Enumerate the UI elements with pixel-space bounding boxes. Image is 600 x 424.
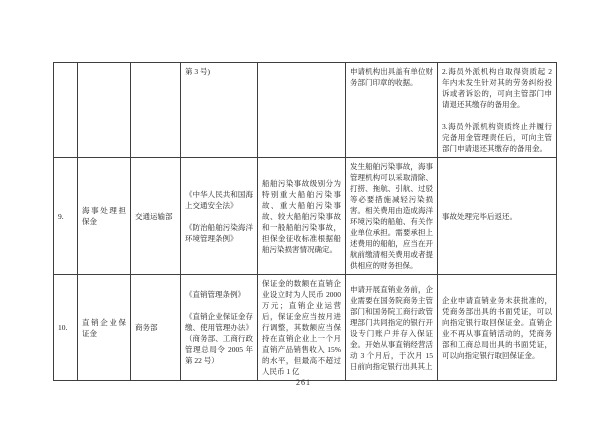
cell-department: 商务部 <box>131 275 181 381</box>
cell-row-number <box>54 63 78 158</box>
cell-refund: 2.海员外派机构自取得资质起 2 年内未发生针对其的劳务纠纷投诉或者诉讼的，可向… <box>438 63 557 158</box>
legal-basis-text: 《直销企业保证金存缴、使用管理办法》（商务部、工商行政管理总局令 2005 年第… <box>185 311 253 366</box>
table-row-10: 10. 直销企业保证金 商务部 《直销管理条例》 《直销企业保证金存缴、使用管理… <box>54 275 557 381</box>
cell-legal-basis: 第 3 号) <box>181 63 258 158</box>
table-row-continuation: 第 3 号) 申请机构出具盖有单位财务部门印章的收据。 2.海员外派机构自取得资… <box>54 63 557 158</box>
cell-row-number: 9. <box>54 158 78 275</box>
cell-legal-basis: 《直销管理条例》 《直销企业保证金存缴、使用管理办法》（商务部、工商行政管理总局… <box>181 275 258 381</box>
standard-text: 船舶污染事故级别分为特别重大船舶污染事故、重大船舶污染事故、较大船舶污染事故和一… <box>262 178 341 255</box>
page-number: 261 <box>0 378 600 387</box>
legal-basis-text: 第 3 号) <box>185 66 253 77</box>
cell-department <box>131 63 181 158</box>
cell-legal-basis: 《中华人民共和国海上交通安全法》 《防治船舶污染海洋环境管理条例》 <box>181 158 258 275</box>
legal-basis-text: 《直销管理条例》 <box>185 289 253 300</box>
cell-collection: 申请机构出具盖有单位财务部门印章的收据。 <box>346 63 438 158</box>
cell-row-number: 10. <box>54 275 78 381</box>
cell-fund-name <box>78 63 131 158</box>
cell-standard: 保证金的数额在直销企业设立时为人民币 2000 万元；直销企业运营后，保证金应当… <box>258 275 346 381</box>
cell-refund: 企业申请直销业务未获批准的，凭商务部出具的书面凭证，可以向指定银行取回保证金。直… <box>438 275 557 381</box>
cell-refund: 事故处理完毕后返还。 <box>438 158 557 275</box>
refund-text: 2.海员外派机构自取得资质起 2 年内未发生针对其的劳务纠纷投诉或者诉讼的，可向… <box>442 66 552 110</box>
legal-basis-text: 《防治船舶污染海洋环境管理条例》 <box>185 222 253 244</box>
fund-name-text: 直销企业保证金 <box>82 317 126 339</box>
standard-text: 保证金的数额在直销企业设立时为人民币 2000 万元；直销企业运营后，保证金应当… <box>262 278 341 377</box>
collection-text: 发生船舶污染事故，海事管理机构可以采取清除、打捞、拖航、引航、过驳等必要措施减轻… <box>350 161 433 271</box>
legal-basis-text: 《中华人民共和国海上交通安全法》 <box>185 189 253 211</box>
table-row-9: 9. 海事处理担保金 交通运输部 《中华人民共和国海上交通安全法》 《防治船舶污… <box>54 158 557 275</box>
refund-text: 企业申请直销业务未获批准的，凭商务部出具的书面凭证，可以向指定银行取回保证金。直… <box>442 295 552 361</box>
collection-text: 申请机构出具盖有单位财务部门印章的收据。 <box>350 66 433 88</box>
cell-fund-name: 海事处理担保金 <box>78 158 131 275</box>
cell-collection: 申请开展直销业务前，企业需要在国务院商务主管部门和国务院工商行政管理部门共同指定… <box>346 275 438 381</box>
cell-department: 交通运输部 <box>131 158 181 275</box>
fund-name-text: 海事处理担保金 <box>82 205 126 227</box>
refund-text: 事故处理完毕后返还。 <box>442 211 552 222</box>
deposit-fee-table: 第 3 号) 申请机构出具盖有单位财务部门印章的收据。 2.海员外派机构自取得资… <box>53 62 557 381</box>
cell-collection: 发生船舶污染事故，海事管理机构可以采取清除、打捞、拖航、引航、过驳等必要措施减轻… <box>346 158 438 275</box>
collection-text: 申请开展直销业务前，企业需要在国务院商务主管部门和国务院工商行政管理部门共同指定… <box>350 284 433 372</box>
cell-standard: 船舶污染事故级别分为特别重大船舶污染事故、重大船舶污染事故、较大船舶污染事故和一… <box>258 158 346 275</box>
document-page: 第 3 号) 申请机构出具盖有单位财务部门印章的收据。 2.海员外派机构自取得资… <box>0 0 600 424</box>
refund-text: 3.海员外派机构资质终止并履行完备用金管理责任后，可向主管部门申请退还其缴存的备… <box>442 121 552 154</box>
cell-standard <box>258 63 346 158</box>
cell-fund-name: 直销企业保证金 <box>78 275 131 381</box>
